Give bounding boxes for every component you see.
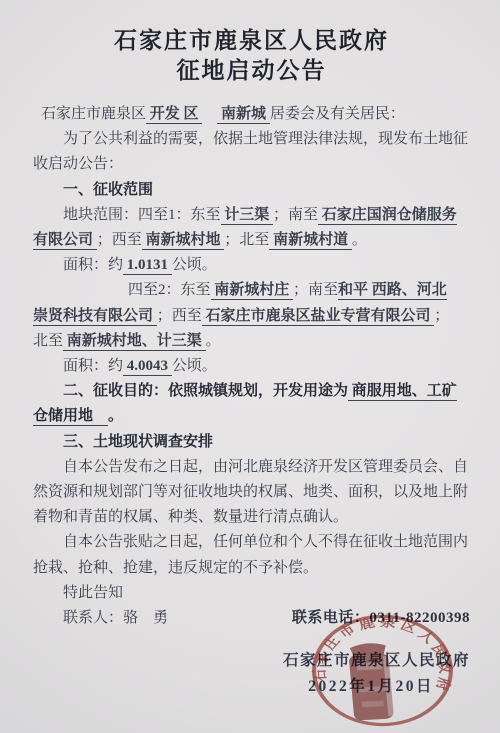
body-line: 二、征收目的：依照城镇规划，开发用途为 商服用地、工矿 bbox=[33, 379, 470, 404]
text-run: ；西至 bbox=[157, 308, 202, 324]
document-page: 石家庄市鹿泉区人民政府 征地启动公告 石家庄市鹿泉区 开发 区 南新城 居委会及… bbox=[0, 0, 500, 733]
body-line: 着物和青苗的权属、种类、数量进行清点确认。 bbox=[33, 505, 470, 530]
text-run: 面积：约 bbox=[63, 257, 123, 273]
body-line: 三、土地现状调查安排 bbox=[33, 430, 470, 455]
signature-issuer: 石家庄市鹿泉区人民政府 bbox=[33, 648, 470, 674]
text-run: 为了公共利益的需要，依据土地管理法律法规，现发布土地征 bbox=[63, 131, 468, 147]
filled-blank: 4.0043 bbox=[123, 358, 172, 376]
text-run: 公顷。 bbox=[172, 257, 217, 273]
text-run: 公顷。 bbox=[172, 358, 217, 374]
text-run: 北至 bbox=[33, 333, 63, 349]
body-line: 石家庄市鹿泉区 开发 区 南新城 居委会及有关居民： bbox=[33, 102, 470, 127]
body-line: 崇贤科技有限公司 ；西至 石家庄市鹿泉区盐业专营有限公司 ； bbox=[33, 304, 470, 329]
text-run: 二、征收目的：依照城镇规划，开发用途为 bbox=[63, 383, 348, 399]
filled-blank: 南新城村庄 bbox=[211, 282, 294, 300]
filled-blank: 计三渠 bbox=[221, 207, 274, 225]
text-run: ；北至 bbox=[224, 232, 269, 248]
text-run: ；西至 bbox=[97, 232, 142, 248]
body-line: 面积：约 4.0043 公顷。 bbox=[33, 354, 470, 379]
signature-block: 石家庄市鹿泉区人民政府 2022年1月20日 bbox=[33, 648, 470, 700]
body-line: 然资源和规划部门等对征收地块的权属、地类、面积，以及地上附 bbox=[33, 480, 470, 505]
body-line: 四至2：东至 南新城村庄 ；南至和平 西路、河北 bbox=[33, 278, 470, 303]
text-run: 面积：约 bbox=[63, 358, 123, 374]
body-lines: 石家庄市鹿泉区 开发 区 南新城 居委会及有关居民：为了公共利益的需要，依据土地… bbox=[33, 102, 470, 606]
text-run: 然资源和规划部门等对征收地块的权属、地类、面积，以及地上附 bbox=[33, 484, 468, 500]
document-title-line2: 征地启动公告 bbox=[33, 56, 470, 86]
body-line: 面积：约 1.0131 公顷。 bbox=[33, 253, 470, 278]
body-line: 为了公共利益的需要，依据土地管理法律法规，现发布土地征 bbox=[33, 127, 470, 152]
text-run: 四至2：东至 bbox=[128, 282, 211, 298]
body-line: 北至 南新城村地、计三渠 。 bbox=[33, 329, 470, 354]
contact-phone: 联系电话：0311-82200398 bbox=[292, 606, 470, 631]
text-run: 。 bbox=[352, 232, 367, 248]
body-line: 抢栽、抢种、抢建，违反规定的不予补偿。 bbox=[33, 556, 470, 581]
filled-blank: 南新城村地、计三渠 bbox=[63, 333, 206, 351]
text-run: 着物和青苗的权属、种类、数量进行清点确认。 bbox=[33, 509, 348, 525]
signature-date: 2022年1月20日 bbox=[33, 674, 470, 700]
filled-blank: 南新城村道 bbox=[269, 232, 352, 250]
text-run: 三、土地现状调查安排 bbox=[63, 434, 213, 450]
text-run: ；南至 bbox=[273, 207, 318, 223]
contact-row: 联系人：骆 勇 联系电话：0311-82200398 bbox=[33, 606, 470, 631]
body-line: 收启动公告： bbox=[33, 152, 470, 177]
document-title-line1: 石家庄市鹿泉区人民政府 bbox=[33, 26, 470, 56]
body-line: 地块范围：四至1：东至 计三渠 ；南至 石家庄国润仓储服务 bbox=[33, 203, 470, 228]
text-run: 自本公告发布之日起，由河北鹿泉经济开发区管理委员会、自 bbox=[63, 459, 468, 475]
filled-blank: 石家庄市鹿泉区盐业专营有限公司 bbox=[202, 308, 435, 326]
text-run: 抢栽、抢种、抢建，违反规定的不予补偿。 bbox=[33, 560, 318, 576]
body-line: 有限公司 ；西至 南新城村地 ；北至 南新城村道 。 bbox=[33, 228, 470, 253]
contact-person: 联系人：骆 勇 bbox=[63, 606, 168, 631]
text-run: 特此告知 bbox=[63, 585, 123, 601]
filled-blank: 商服用地、工矿 bbox=[348, 383, 457, 401]
text-run bbox=[202, 106, 217, 122]
filled-blank: 仓储用地 bbox=[33, 408, 108, 426]
text-run: ；南至 bbox=[293, 282, 338, 298]
filled-blank: 南新城村地 bbox=[142, 232, 225, 250]
text-run: 。 bbox=[206, 333, 221, 349]
text-run: 。 bbox=[108, 408, 123, 424]
text-run: 自本公告张贴之日起，任何单位和个人不得在征收土地范围内 bbox=[63, 534, 468, 550]
filled-blank: 南新城 bbox=[217, 106, 270, 124]
document-content: 石家庄市鹿泉区人民政府 征地启动公告 石家庄市鹿泉区 开发 区 南新城 居委会及… bbox=[33, 26, 470, 700]
filled-blank: 有限公司 bbox=[33, 232, 97, 250]
body-line: 自本公告发布之日起，由河北鹿泉经济开发区管理委员会、自 bbox=[33, 455, 470, 480]
body-line: 一、征收范围 bbox=[33, 178, 470, 203]
text-run: 居委会及有关居民： bbox=[270, 106, 405, 122]
text-run: 石家庄市鹿泉区 bbox=[41, 106, 146, 122]
body-line: 自本公告张贴之日起，任何单位和个人不得在征收土地范围内 bbox=[33, 530, 470, 555]
text-run: ； bbox=[434, 308, 449, 324]
text-run: 收启动公告： bbox=[33, 156, 123, 172]
filled-blank: 和平 西路、河北 bbox=[338, 282, 447, 300]
text-run: 地块范围：四至1：东至 bbox=[63, 207, 221, 223]
text-run: 一、征收范围 bbox=[63, 182, 153, 198]
filled-blank: 开发 区 bbox=[146, 106, 202, 124]
body-line: 特此告知 bbox=[33, 581, 470, 606]
filled-blank: 1.0131 bbox=[123, 257, 172, 275]
filled-blank: 崇贤科技有限公司 bbox=[33, 308, 157, 326]
body-line: 仓储用地 。 bbox=[33, 404, 470, 429]
filled-blank: 石家庄国润仓储服务 bbox=[318, 207, 457, 225]
